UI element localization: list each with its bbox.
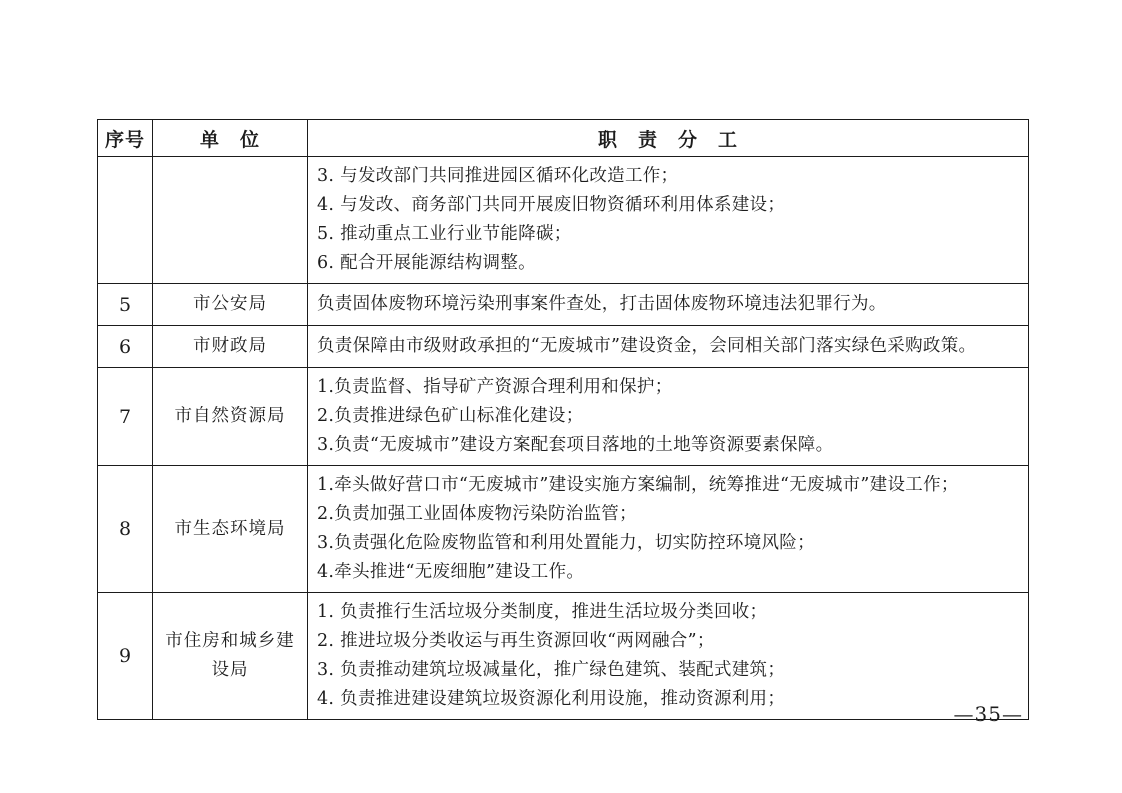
table-row: 6市财政局负责保障由市级财政承担的“无废城市”建设资金，会同相关部门落实绿色采购… [98,326,1029,368]
serial-number-cell: 9 [98,593,153,720]
duty-line: 4. 负责推进建设建筑垃圾资源化利用设施，推动资源利用； [317,685,1024,714]
unit-cell: 市生态环境局 [153,466,308,593]
duty-line: 1. 负责推行生活垃圾分类制度，推进生活垃圾分类回收； [317,598,1024,627]
duties-cell: 1.负责监督、指导矿产资源合理利用和保护；2.负责推进绿色矿山标准化建设；3.负… [308,368,1029,466]
unit-cell: 市住房和城乡建设局 [153,593,308,720]
duty-line: 1.牵头做好营口市“无废城市”建设实施方案编制，统筹推进“无废城市”建设工作； [317,471,1024,500]
duty-line: 2.负责加强工业固体废物污染防治监管； [317,500,1024,529]
document-page: 序号 单 位 职 责 分 工 3. 与发改部门共同推进园区循环化改造工作；4. … [0,0,1122,793]
table-header-row: 序号 单 位 职 责 分 工 [98,120,1029,157]
header-serial-number: 序号 [98,120,153,157]
page-number: —35— [954,702,1023,726]
table-row: 8市生态环境局1.牵头做好营口市“无废城市”建设实施方案编制，统筹推进“无废城市… [98,466,1029,593]
duty-line: 4. 与发改、商务部门共同开展废旧物资循环利用体系建设； [317,191,1024,220]
header-duties: 职 责 分 工 [308,120,1029,157]
serial-number-cell: 8 [98,466,153,593]
responsibilities-table: 序号 单 位 职 责 分 工 3. 与发改部门共同推进园区循环化改造工作；4. … [97,119,1029,720]
unit-cell: 市公安局 [153,284,308,326]
duty-line: 负责固体废物环境污染刑事案件查处，打击固体废物环境违法犯罪行为。 [317,290,1024,319]
unit-cell: 市自然资源局 [153,368,308,466]
duty-line: 3. 与发改部门共同推进园区循环化改造工作； [317,162,1024,191]
duty-line: 3. 负责推动建筑垃圾减量化，推广绿色建筑、装配式建筑； [317,656,1024,685]
duties-cell: 3. 与发改部门共同推进园区循环化改造工作；4. 与发改、商务部门共同开展废旧物… [308,157,1029,284]
serial-number-cell: 5 [98,284,153,326]
serial-number-cell: 6 [98,326,153,368]
duty-line: 1.负责监督、指导矿产资源合理利用和保护； [317,373,1024,402]
table-row: 9市住房和城乡建设局1. 负责推行生活垃圾分类制度，推进生活垃圾分类回收；2. … [98,593,1029,720]
duties-cell: 1. 负责推行生活垃圾分类制度，推进生活垃圾分类回收；2. 推进垃圾分类收运与再… [308,593,1029,720]
unit-cell [153,157,308,284]
duty-line: 2. 推进垃圾分类收运与再生资源回收“两网融合”； [317,627,1024,656]
duties-cell: 1.牵头做好营口市“无废城市”建设实施方案编制，统筹推进“无废城市”建设工作；2… [308,466,1029,593]
duties-cell: 负责保障由市级财政承担的“无废城市”建设资金，会同相关部门落实绿色采购政策。 [308,326,1029,368]
serial-number-cell [98,157,153,284]
unit-cell: 市财政局 [153,326,308,368]
duties-cell: 负责固体废物环境污染刑事案件查处，打击固体废物环境违法犯罪行为。 [308,284,1029,326]
duty-line: 5. 推动重点工业行业节能降碳； [317,220,1024,249]
duty-line: 3.负责强化危险废物监管和利用处置能力，切实防控环境风险； [317,529,1024,558]
table-row: 7市自然资源局1.负责监督、指导矿产资源合理利用和保护；2.负责推进绿色矿山标准… [98,368,1029,466]
header-unit: 单 位 [153,120,308,157]
duty-line: 4.牵头推进“无废细胞”建设工作。 [317,558,1024,587]
serial-number-cell: 7 [98,368,153,466]
table-row: 5市公安局负责固体废物环境污染刑事案件查处，打击固体废物环境违法犯罪行为。 [98,284,1029,326]
duty-line: 6. 配合开展能源结构调整。 [317,249,1024,278]
table-row: 3. 与发改部门共同推进园区循环化改造工作；4. 与发改、商务部门共同开展废旧物… [98,157,1029,284]
duty-line: 负责保障由市级财政承担的“无废城市”建设资金，会同相关部门落实绿色采购政策。 [317,332,1024,361]
duty-line: 3.负责“无废城市”建设方案配套项目落地的土地等资源要素保障。 [317,431,1024,460]
duty-line: 2.负责推进绿色矿山标准化建设； [317,402,1024,431]
